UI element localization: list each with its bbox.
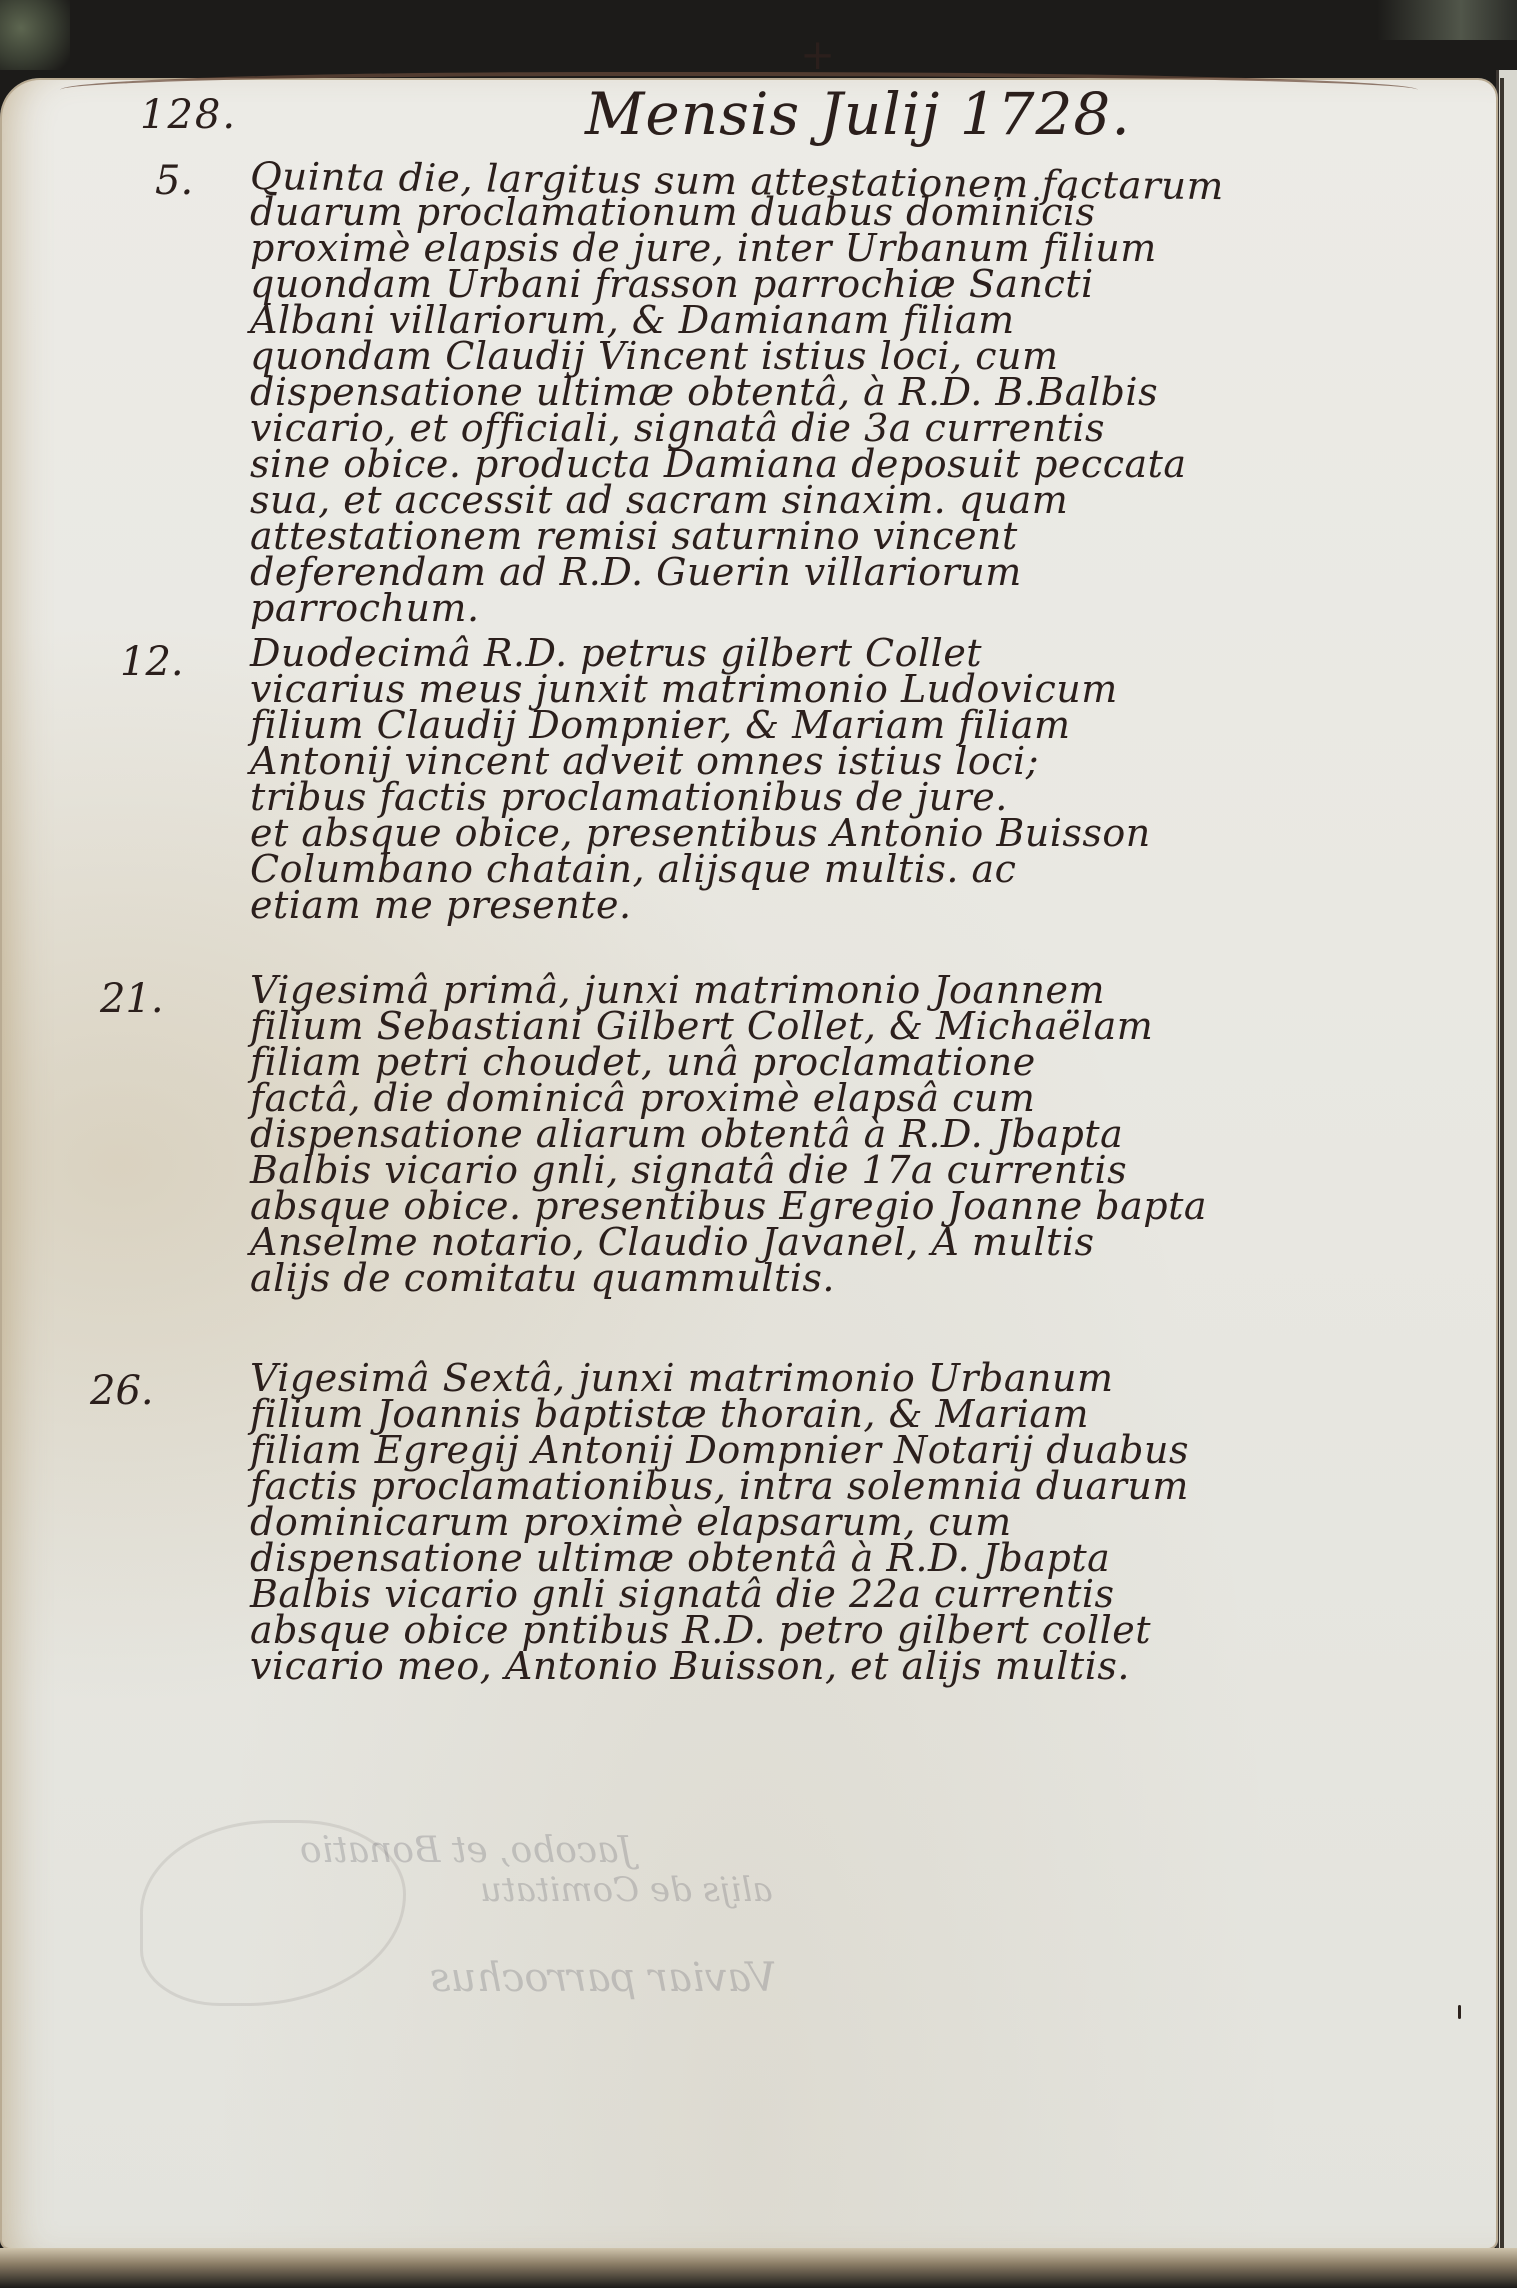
- entry-day: 5.: [155, 158, 235, 204]
- page-bottom-edge: [0, 2248, 1517, 2288]
- register-entry: 5. Quinta die, largitus sum attestatione…: [100, 158, 1480, 598]
- entry-line: filiam petri choudet, unâ proclamatione: [250, 1044, 1490, 1080]
- entry-line: sua, et accessit ad sacram sinaxim. quam: [250, 482, 1490, 518]
- entry-line: filium Joannis baptistæ thorain, & Maria…: [250, 1396, 1490, 1432]
- scan-background-corner: [0, 0, 70, 70]
- entry-line: Antonij vincent adveit omnes istius loci…: [250, 743, 1490, 779]
- entry-line: filium Claudij Dompnier, & Mariam filiam: [250, 707, 1490, 743]
- page-gutter-line: [1500, 78, 1504, 2250]
- entry-day: 26.: [90, 1368, 170, 1414]
- entry-line: Vigesimâ Sextâ, junxi matrimonio Urbanum: [250, 1360, 1490, 1396]
- entry-line: Anselme notario, Claudio Javanel, A mult…: [250, 1224, 1490, 1260]
- page-heading: Mensis Julij 1728.: [585, 80, 1131, 148]
- entry-line: tribus factis proclamationibus de jure.: [250, 779, 1490, 815]
- entry-line: alijs de comitatu quammultis.: [250, 1260, 1490, 1296]
- entry-line: dispensatione aliarum obtentâ à R.D. Jba…: [250, 1116, 1490, 1152]
- entry-line: absque obice. presentibus Egregio Joanne…: [250, 1188, 1490, 1224]
- entry-line: Albani villariorum, & Damianam filiam: [250, 302, 1490, 338]
- entry-text: Vigesimâ Sextâ, junxi matrimonio Urbanum…: [250, 1360, 1490, 1684]
- register-entry: 26. Vigesimâ Sextâ, junxi matrimonio Urb…: [100, 1360, 1480, 1720]
- entry-line: etiam me presente.: [250, 887, 1490, 923]
- entry-day: 21.: [100, 976, 180, 1022]
- entry-text: Vigesimâ primâ, junxi matrimonio Joannem…: [250, 972, 1490, 1296]
- entry-line: parrochum.: [250, 590, 1490, 626]
- entry-line: factis proclamationibus, intra solemnia …: [250, 1468, 1490, 1504]
- register-entry: 21. Vigesimâ primâ, junxi matrimonio Joa…: [100, 972, 1480, 1312]
- entry-line: filium Sebastiani Gilbert Collet, & Mich…: [250, 1008, 1490, 1044]
- register-entry: 12. Duodecimâ R.D. petrus gilbert Collet…: [100, 635, 1480, 935]
- folio-number: 128.: [140, 92, 237, 138]
- entry-line: Columbano chatain, alijsque multis. ac: [250, 851, 1490, 887]
- entry-line: filiam Egregij Antonij Dompnier Notarij …: [250, 1432, 1490, 1468]
- entry-line: deferendam ad R.D. Guerin villariorum: [250, 554, 1490, 590]
- entry-line: Duodecimâ R.D. petrus gilbert Collet: [250, 635, 1490, 671]
- entry-line: dispensatione ultimæ obtentâ à R.D. Jbap…: [250, 1540, 1490, 1576]
- entry-line: Balbis vicario gnli, signatâ die 17a cur…: [250, 1152, 1490, 1188]
- entry-line: sine obice. producta Damiana deposuit pe…: [250, 446, 1490, 482]
- entry-line: proximè elapsis de jure, inter Urbanum f…: [250, 230, 1490, 266]
- bleed-through-signature: Vaviar parrochus: [430, 1955, 776, 2001]
- entry-line: Vigesimâ primâ, junxi matrimonio Joannem: [250, 972, 1490, 1008]
- entry-text: Quinta die, largitus sum attestationem f…: [250, 158, 1490, 626]
- ink-mark: [1458, 2005, 1461, 2019]
- entry-line: absque obice pntibus R.D. petro gilbert …: [250, 1612, 1490, 1648]
- entry-line: factâ, die dominicâ proximè elapsâ cum: [250, 1080, 1490, 1116]
- entry-line: dominicarum proximè elapsarum, cum: [250, 1504, 1490, 1540]
- entry-day: 12.: [120, 639, 200, 685]
- entry-text: Duodecimâ R.D. petrus gilbert Collet vic…: [250, 635, 1490, 923]
- entry-line: vicarius meus junxit matrimonio Ludovicu…: [250, 671, 1490, 707]
- scan-background-corner: [1377, 0, 1517, 40]
- bleed-through-text: alijs de Comitatu: [480, 1870, 773, 1910]
- cross-mark-icon: +: [800, 30, 835, 79]
- entry-line: Balbis vicario gnli signatâ die 22a curr…: [250, 1576, 1490, 1612]
- entry-line: quondam Urbani frasson parrochiæ Sancti: [250, 266, 1490, 302]
- entry-line: duarum proclamationum duabus dominicis: [250, 194, 1490, 230]
- entry-line: attestationem remisi saturnino vincent: [250, 518, 1490, 554]
- entry-line: vicario meo, Antonio Buisson, et alijs m…: [250, 1648, 1490, 1684]
- entry-line: et absque obice, presentibus Antonio Bui…: [250, 815, 1490, 851]
- entry-line: vicario, et officiali, signatâ die 3a cu…: [250, 410, 1490, 446]
- entry-line: dispensatione ultimæ obtentâ, à R.D. B.B…: [250, 374, 1490, 410]
- entry-line: quondam Claudij Vincent istius loci, cum: [250, 338, 1490, 374]
